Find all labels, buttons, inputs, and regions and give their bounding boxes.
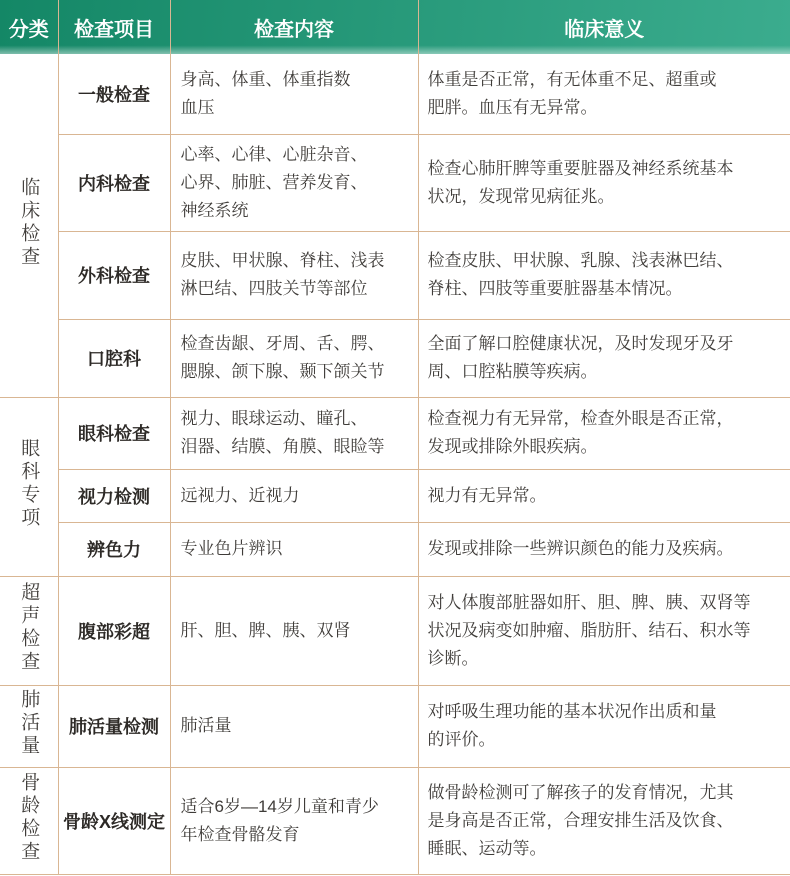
item-cell: 视力检测 xyxy=(58,469,170,522)
meaning-cell: 检查视力有无异常，检查外眼是否正常， 发现或排除外眼疾病。 xyxy=(418,397,790,469)
content-cell: 肝、胆、脾、胰、双肾 xyxy=(170,576,418,685)
item-cell: 眼科检查 xyxy=(58,397,170,469)
table-row: 超声检查 腹部彩超 肝、胆、脾、胰、双肾 对人体腹部脏器如肝、胆、脾、胰、双肾等… xyxy=(0,576,790,685)
meaning-cell: 对呼吸生理功能的基本状况作出质和量 的评价。 xyxy=(418,685,790,767)
header-item: 检查项目 xyxy=(58,0,170,54)
table-row: 视力检测 远视力、近视力 视力有无异常。 xyxy=(0,469,790,522)
content-cell: 身高、体重、体重指数 血压 xyxy=(170,54,418,134)
meaning-cell: 做骨龄检测可了解孩子的发育情况，尤其 是身高是否正常，合理安排生活及饮食、 睡眠… xyxy=(418,767,790,874)
content-cell: 远视力、近视力 xyxy=(170,469,418,522)
item-cell: 辨色力 xyxy=(58,522,170,576)
meaning-cell: 对人体腹部脏器如肝、胆、脾、胰、双肾等 状况及病变如肿瘤、脂肪肝、结石、积水等 … xyxy=(418,576,790,685)
item-cell: 骨龄X线测定 xyxy=(58,767,170,874)
item-cell: 腹部彩超 xyxy=(58,576,170,685)
table-row: 内科检查 心率、心律、心脏杂音、 心界、肺脏、营养发育、 神经系统 检查心肺肝脾… xyxy=(0,134,790,231)
item-cell: 内科检查 xyxy=(58,134,170,231)
content-cell: 视力、眼球运动、瞳孔、 泪器、结膜、角膜、眼睑等 xyxy=(170,397,418,469)
item-cell: 外科检查 xyxy=(58,231,170,319)
content-cell: 皮肤、甲状腺、脊柱、浅表 淋巴结、四肢关节等部位 xyxy=(170,231,418,319)
meaning-cell: 视力有无异常。 xyxy=(418,469,790,522)
category-label: 超声检查 xyxy=(15,582,42,674)
header-meaning: 临床意义 xyxy=(418,0,790,54)
category-label: 骨龄检查 xyxy=(15,772,42,864)
meaning-cell: 检查皮肤、甲状腺、乳腺、浅表淋巴结、 脊柱、四肢等重要脏器基本情况。 xyxy=(418,231,790,319)
category-cell-lung: 肺活量 xyxy=(0,685,58,767)
meaning-cell: 检查心肺肝脾等重要脏器及神经系统基本 状况，发现常见病征兆。 xyxy=(418,134,790,231)
category-label: 肺活量 xyxy=(15,689,42,758)
table-row: 眼科专项 眼科检查 视力、眼球运动、瞳孔、 泪器、结膜、角膜、眼睑等 检查视力有… xyxy=(0,397,790,469)
content-cell: 专业色片辨识 xyxy=(170,522,418,576)
category-cell-ultrasound: 超声检查 xyxy=(0,576,58,685)
item-cell: 一般检查 xyxy=(58,54,170,134)
category-cell-boneage: 骨龄检查 xyxy=(0,767,58,874)
header-content: 检查内容 xyxy=(170,0,418,54)
table-row: 骨龄检查 骨龄X线测定 适合6岁—14岁儿童和青少 年检查骨骼发育 做骨龄检测可… xyxy=(0,767,790,874)
table-row: 辨色力 专业色片辨识 发现或排除一些辨识颜色的能力及疾病。 xyxy=(0,522,790,576)
health-checkup-table: 分类 检查项目 检查内容 临床意义 临床检查 一般检查 身高、体重、体重指数 血… xyxy=(0,0,790,875)
content-cell: 心率、心律、心脏杂音、 心界、肺脏、营养发育、 神经系统 xyxy=(170,134,418,231)
content-cell: 检查齿龈、牙周、舌、腭、 腮腺、颌下腺、颞下颌关节 xyxy=(170,319,418,397)
category-cell-clinical: 临床检查 xyxy=(0,54,58,397)
category-label: 临床检查 xyxy=(15,177,42,269)
table-header-row: 分类 检查项目 检查内容 临床意义 xyxy=(0,0,790,54)
category-label: 眼科专项 xyxy=(15,438,42,530)
table-row: 肺活量 肺活量检测 肺活量 对呼吸生理功能的基本状况作出质和量 的评价。 xyxy=(0,685,790,767)
table-row: 口腔科 检查齿龈、牙周、舌、腭、 腮腺、颌下腺、颞下颌关节 全面了解口腔健康状况… xyxy=(0,319,790,397)
content-cell: 肺活量 xyxy=(170,685,418,767)
meaning-cell: 发现或排除一些辨识颜色的能力及疾病。 xyxy=(418,522,790,576)
item-cell: 口腔科 xyxy=(58,319,170,397)
meaning-cell: 体重是否正常，有无体重不足、超重或 肥胖。血压有无异常。 xyxy=(418,54,790,134)
item-cell: 肺活量检测 xyxy=(58,685,170,767)
table-row: 外科检查 皮肤、甲状腺、脊柱、浅表 淋巴结、四肢关节等部位 检查皮肤、甲状腺、乳… xyxy=(0,231,790,319)
header-category: 分类 xyxy=(0,0,58,54)
category-cell-eye: 眼科专项 xyxy=(0,397,58,576)
meaning-cell: 全面了解口腔健康状况，及时发现牙及牙 周、口腔粘膜等疾病。 xyxy=(418,319,790,397)
table-row: 临床检查 一般检查 身高、体重、体重指数 血压 体重是否正常，有无体重不足、超重… xyxy=(0,54,790,134)
content-cell: 适合6岁—14岁儿童和青少 年检查骨骼发育 xyxy=(170,767,418,874)
